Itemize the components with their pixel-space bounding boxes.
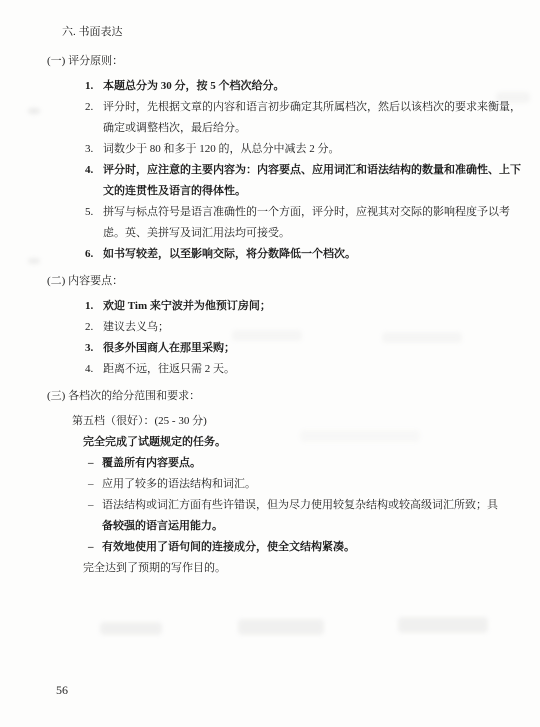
bullet-item: –语法结构或词汇方面有些许错误，但为尽力使用较复杂结构或较高级词汇所致；具 bbox=[88, 495, 540, 516]
item-text: 评分时，先根据文章的内容和语言初步确定其所属档次，然后以该档次的要求来衡量， bbox=[103, 101, 521, 113]
scan-artifact bbox=[238, 619, 324, 635]
page-number: 56 bbox=[56, 683, 68, 698]
bullet-dash: – bbox=[88, 495, 102, 516]
item-text: 如书写较差，以至影响交际，将分数降低一个档次。 bbox=[103, 248, 356, 260]
list-item-continuation: 确定或调整档次，最后给分。 bbox=[103, 118, 540, 139]
list-item: 2.建议去义乌； bbox=[85, 317, 540, 338]
scan-artifact bbox=[100, 622, 162, 635]
bullet-text: 覆盖所有内容要点。 bbox=[102, 457, 201, 469]
item-text: 拼写与标点符号是语言准确性的一个方面，评分时，应视其对交际的影响程度予以考 bbox=[103, 206, 510, 218]
scan-artifact bbox=[28, 108, 40, 114]
item-text: 本题总分为 30 分，按 5 个档次给分。 bbox=[103, 80, 285, 92]
bullet-continuation: 备较强的语言运用能力。 bbox=[102, 516, 540, 537]
list-item: 4.评分时，应注意的主要内容为：内容要点、应用词汇和语法结构的数量和准确性、上下 bbox=[85, 160, 540, 181]
item-number: 4. bbox=[85, 160, 103, 181]
bullet-text: 应用了较多的语法结构和词汇。 bbox=[102, 478, 256, 490]
document-page: 六. 书面表达 (一) 评分原则： 1.本题总分为 30 分，按 5 个档次给分… bbox=[0, 0, 540, 727]
list-item: 1.本题总分为 30 分，按 5 个档次给分。 bbox=[85, 76, 540, 97]
subsection-heading-3: (三) 各档次的给分范围和要求： bbox=[47, 386, 540, 407]
list-item: 4.距离不远，往返只需 2 天。 bbox=[85, 359, 540, 380]
item-number: 4. bbox=[85, 359, 103, 380]
bullet-dash: – bbox=[88, 474, 102, 495]
band-summary-bottom: 完全达到了预期的写作目的。 bbox=[83, 558, 540, 579]
list-item: 5.拼写与标点符号是语言准确性的一个方面，评分时，应视其对交际的影响程度予以考 bbox=[85, 202, 540, 223]
item-number: 2. bbox=[85, 97, 103, 118]
band-summary-top: 完全完成了试题规定的任务。 bbox=[83, 432, 540, 453]
bullet-dash: – bbox=[88, 453, 102, 474]
bullet-item: –应用了较多的语法结构和词汇。 bbox=[88, 474, 540, 495]
item-text: 欢迎 Tim 来宁波并为他预订房间； bbox=[103, 300, 271, 312]
item-text: 词数少于 80 和多于 120 的，从总分中减去 2 分。 bbox=[103, 143, 340, 155]
item-number: 5. bbox=[85, 202, 103, 223]
scan-artifact bbox=[28, 258, 40, 264]
item-text: 距离不远，往返只需 2 天。 bbox=[103, 363, 235, 375]
item-number: 3. bbox=[85, 139, 103, 160]
bullet-text: 语法结构或词汇方面有些许错误，但为尽力使用较复杂结构或较高级词汇所致；具 bbox=[102, 499, 498, 511]
item-text: 评分时，应注意的主要内容为：内容要点、应用词汇和语法结构的数量和准确性、上下 bbox=[103, 164, 521, 176]
list-item: 1.欢迎 Tim 来宁波并为他预订房间； bbox=[85, 296, 540, 317]
item-number: 2. bbox=[85, 317, 103, 338]
bullet-item: –覆盖所有内容要点。 bbox=[88, 453, 540, 474]
list-item: 3.词数少于 80 和多于 120 的，从总分中减去 2 分。 bbox=[85, 139, 540, 160]
item-text: 很多外国商人在那里采购； bbox=[103, 342, 235, 354]
bullet-item: –有效地使用了语句间的连接成分，使全文结构紧凑。 bbox=[88, 537, 540, 558]
item-number: 3. bbox=[85, 338, 103, 359]
list-item: 6.如书写较差，以至影响交际，将分数降低一个档次。 bbox=[85, 244, 540, 265]
item-text: 建议去义乌； bbox=[103, 321, 169, 333]
bullet-dash: – bbox=[88, 537, 102, 558]
document-title: 六. 书面表达 bbox=[62, 22, 540, 43]
item-number: 1. bbox=[85, 296, 103, 317]
subsection-heading-1: (一) 评分原则： bbox=[47, 51, 540, 72]
list-item: 2.评分时，先根据文章的内容和语言初步确定其所属档次，然后以该档次的要求来衡量， bbox=[85, 97, 540, 118]
list-item: 3.很多外国商人在那里采购； bbox=[85, 338, 540, 359]
item-number: 6. bbox=[85, 244, 103, 265]
list-item-continuation: 文的连贯性及语言的得体性。 bbox=[103, 181, 540, 202]
subsection-heading-2: (二) 内容要点： bbox=[47, 271, 540, 292]
item-number: 1. bbox=[85, 76, 103, 97]
list-item-continuation: 虑。英、美拼写及词汇用法均可接受。 bbox=[103, 223, 540, 244]
score-band-heading: 第五档（很好）：(25 - 30 分) bbox=[72, 411, 540, 432]
bullet-text: 有效地使用了语句间的连接成分，使全文结构紧凑。 bbox=[102, 541, 355, 553]
scan-artifact bbox=[398, 617, 488, 633]
